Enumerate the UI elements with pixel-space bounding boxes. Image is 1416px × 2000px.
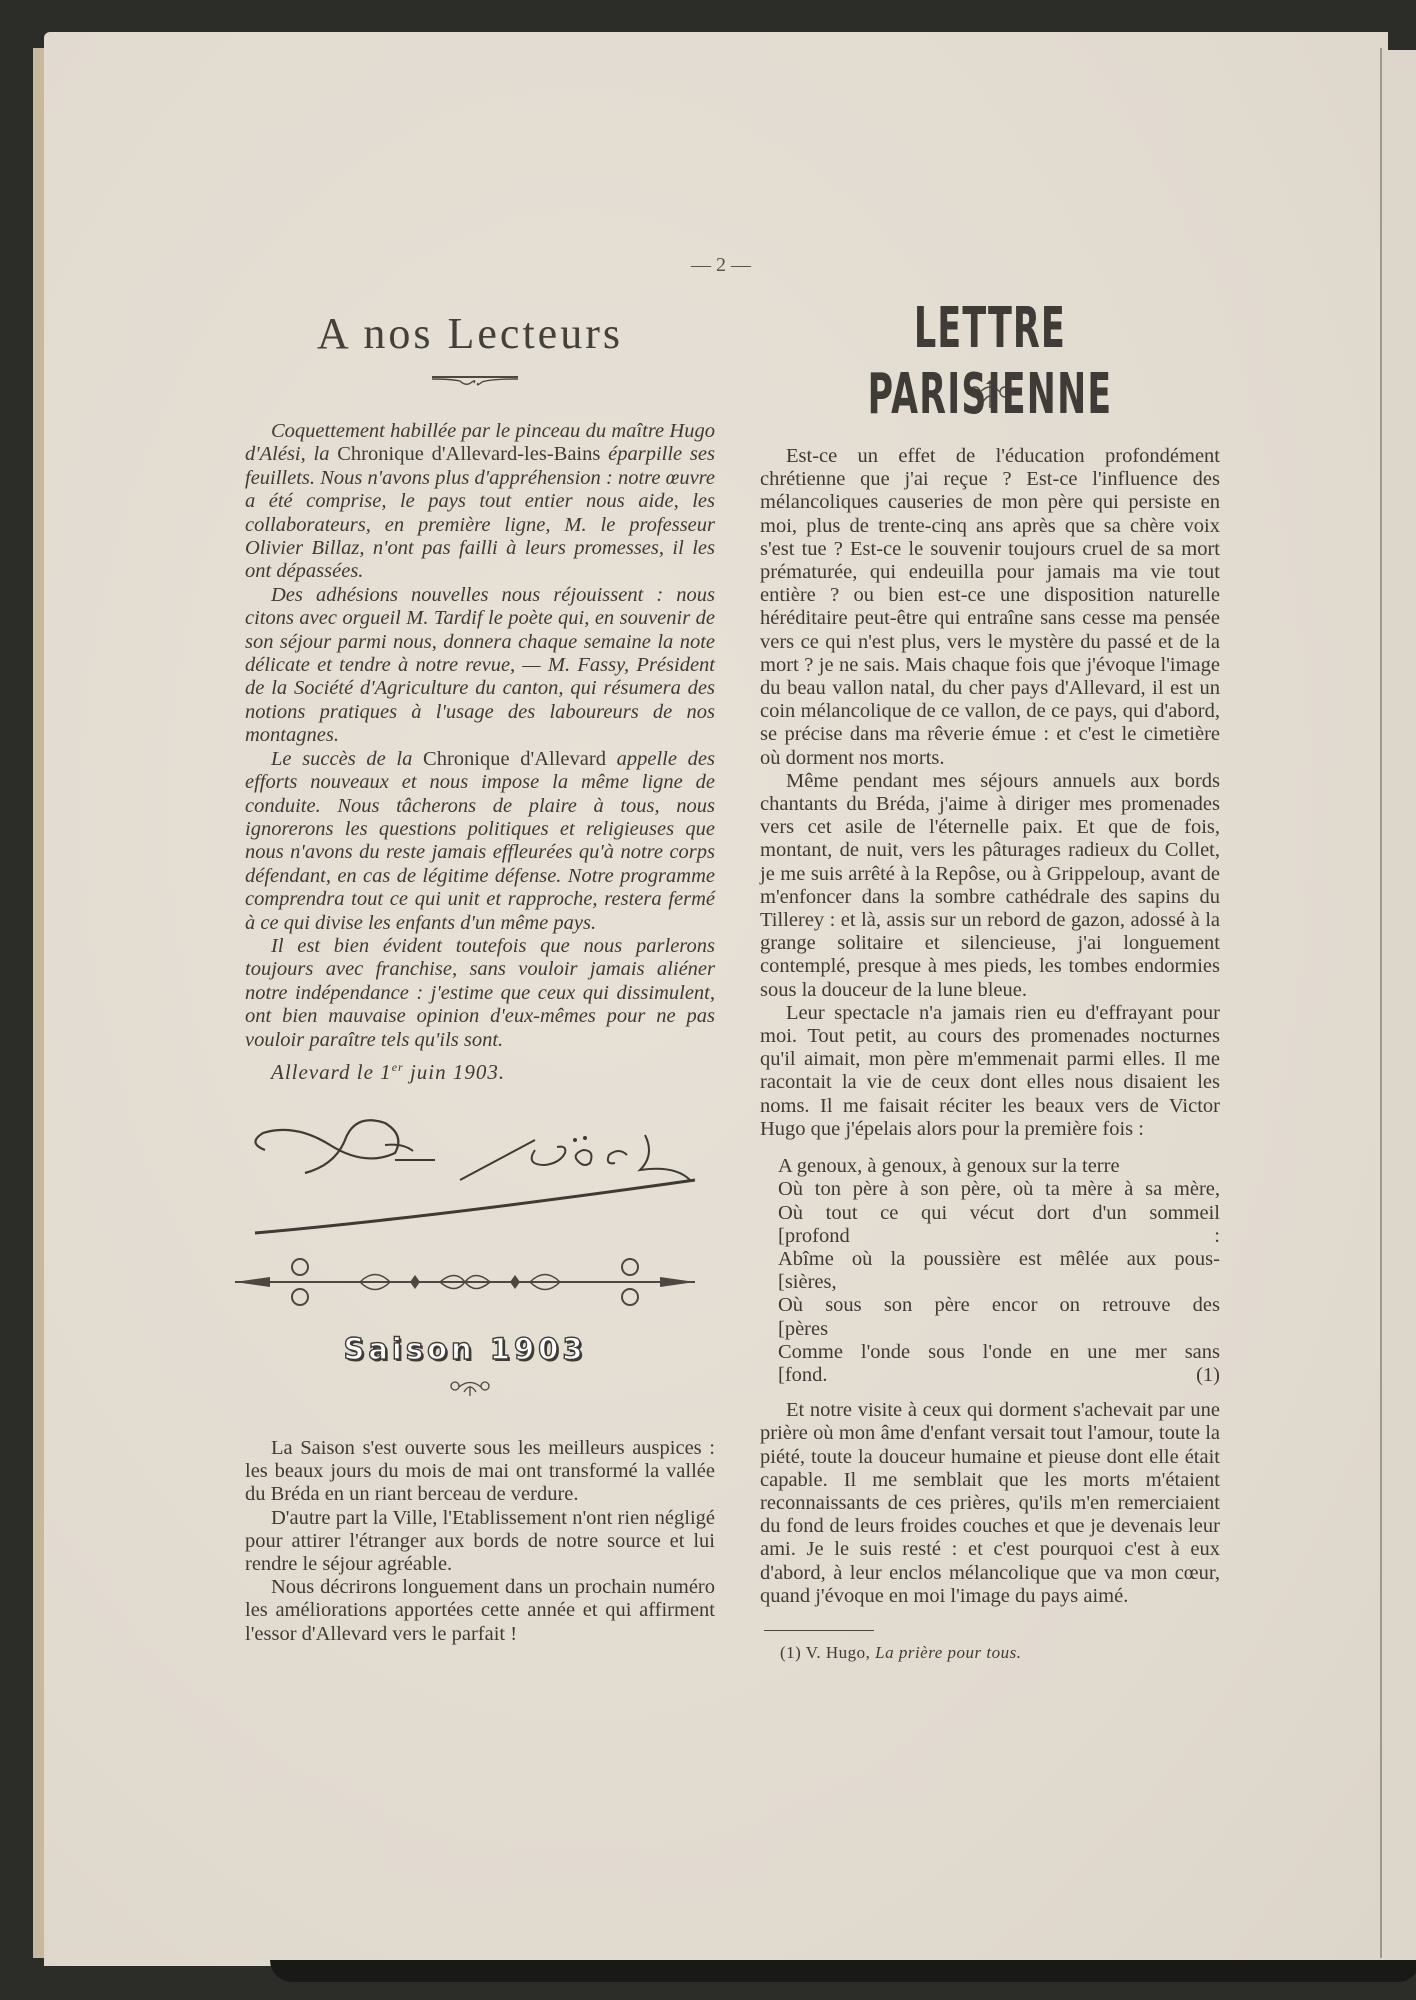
paragraph: Coquettement habillée par le pinceau du … bbox=[245, 420, 715, 584]
page-number: — 2 — bbox=[686, 254, 756, 277]
article-body-parisienne-end: Et notre visite à ceux qui dorment s'ach… bbox=[760, 1399, 1220, 1608]
text-run: Des adhésions nouvelles nous réjouissent… bbox=[245, 584, 715, 746]
paragraph: Il est bien évident toutefois que nous p… bbox=[245, 935, 715, 1052]
signature-dr-noel bbox=[245, 1105, 715, 1235]
poem-quote: A genoux, à genoux, à genoux sur la terr… bbox=[778, 1155, 1220, 1387]
article-body-saison: La Saison s'est ouverte sous les meilleu… bbox=[245, 1437, 715, 1646]
text-run: Il est bien évident toutefois que nous p… bbox=[245, 935, 715, 1051]
text-run: Le succès de la bbox=[271, 748, 423, 770]
article-title-lecteurs: A nos Lecteurs bbox=[225, 308, 715, 359]
paragraph: Des adhésions nouvelles nous réjouissent… bbox=[245, 584, 715, 748]
poem-line: Où tout ce qui vécut dort d'un sommeil bbox=[778, 1202, 1220, 1225]
poem-line: [profond : bbox=[778, 1225, 1220, 1248]
footnote-title: La prière pour tous. bbox=[875, 1643, 1021, 1662]
poem-line: Où ton père à son père, où ta mère à sa … bbox=[778, 1178, 1220, 1201]
poem-line: A genoux, à genoux, à genoux sur la terr… bbox=[778, 1155, 1220, 1178]
dateline-sup: er bbox=[392, 1060, 404, 1074]
article-title-saison: Saison 1903 bbox=[215, 1332, 715, 1366]
text-run: appelle des efforts nouveaux et nous imp… bbox=[245, 748, 715, 934]
dateline-text: Allevard le 1 bbox=[271, 1060, 392, 1084]
footnote-rule bbox=[764, 1630, 874, 1631]
next-page-edge bbox=[1382, 50, 1416, 1960]
dateline: Allevard le 1er juin 1903. bbox=[245, 1060, 715, 1085]
paragraph: Et notre visite à ceux qui dorment s'ach… bbox=[760, 1399, 1220, 1608]
small-flourish-ornament-icon bbox=[225, 1378, 715, 1403]
publication-name: Chronique d'Allevard-les-Bains bbox=[337, 443, 600, 465]
footnote: (1) V. Hugo, La prière pour tous. bbox=[780, 1643, 1220, 1663]
decorative-divider-icon bbox=[215, 1255, 715, 1314]
scroll-ornament-icon bbox=[235, 373, 715, 394]
poem-line: Abîme où la poussière est mêlée aux pous… bbox=[778, 1248, 1220, 1271]
paragraph: La Saison s'est ouverte sous les meilleu… bbox=[245, 1437, 715, 1507]
paragraph: Le succès de la Chronique d'Allevard app… bbox=[245, 748, 715, 935]
poem-line: Comme l'onde sous l'onde en une mer sans bbox=[778, 1341, 1220, 1364]
poem-line: [sières, bbox=[778, 1271, 1220, 1294]
right-column: LETTRE PARISIENNE Est-ce un effet de l'é… bbox=[760, 300, 1220, 1663]
footnote-marker: (1) V. Hugo, bbox=[780, 1643, 875, 1662]
page-shadow bbox=[270, 1960, 1416, 1982]
dateline-year: juin 1903. bbox=[404, 1060, 505, 1084]
poem-line: [pères bbox=[778, 1318, 1220, 1341]
article-body-lecteurs: Coquettement habillée par le pinceau du … bbox=[245, 420, 715, 1052]
publication-name: Chronique d'Allevard bbox=[423, 748, 606, 770]
paragraph: Nous décrirons longuement dans un procha… bbox=[245, 1576, 715, 1646]
article-title-parisienne: LETTRE PARISIENNE bbox=[847, 296, 1132, 362]
article-body-parisienne: Est-ce un effet de l'éducation profondém… bbox=[760, 445, 1220, 1141]
paragraph: Est-ce un effet de l'éducation profondém… bbox=[760, 445, 1220, 770]
paragraph: Leur spectacle n'a jamais rien eu d'effr… bbox=[760, 1002, 1220, 1141]
poem-line: [fond. (1) bbox=[778, 1364, 1220, 1387]
paragraph: Même pendant mes séjours annuels aux bor… bbox=[760, 770, 1220, 1002]
paragraph: D'autre part la Ville, l'Etablissement n… bbox=[245, 1507, 715, 1577]
left-column: A nos Lecteurs Coquettement habillée par… bbox=[245, 300, 715, 1646]
poem-line: Où sous son père encor on retrouve des bbox=[778, 1294, 1220, 1317]
